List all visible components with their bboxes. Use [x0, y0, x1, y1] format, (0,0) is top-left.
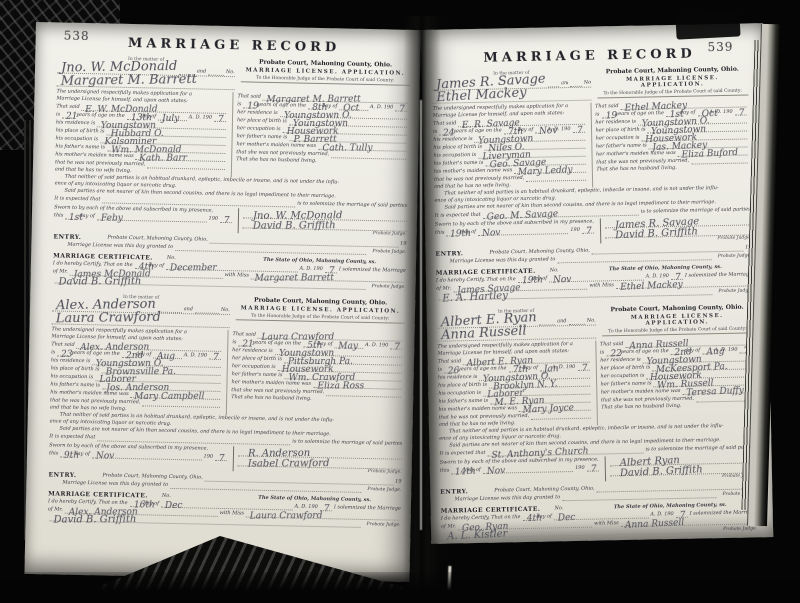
dotted-rule: E. A. Hartley [438, 289, 712, 300]
y190-label: 190 [208, 216, 218, 223]
dotted-rule [539, 319, 555, 325]
court-heading-block: Probate Court, Mahoning County, Ohio. MA… [601, 303, 753, 338]
bride-column: That saidEthel Mackey is19years of age o… [590, 99, 750, 187]
certify-tail-label: I solemnized the Marriage [685, 271, 752, 279]
bride-name-handwritten: Laura Crawford [56, 312, 161, 325]
application-heading: APPLICATION. [641, 81, 704, 88]
groom-age-handwritten: 21 [66, 114, 77, 120]
groom-father-handwritten: Wm. McDonald [111, 147, 181, 153]
couple-names-block: In the matter of Albert E. Ryan and No. … [437, 307, 596, 342]
signature-block: Jno. W. McDonald David B. Griffith Proba… [243, 208, 407, 236]
her-occupation-label: her occupation is [600, 373, 644, 381]
license-heading: MARRIAGE LICENSE. [246, 67, 339, 75]
certificate-year-handwritten: 7 [324, 506, 330, 512]
dotted-rule: Cath. Tully [318, 144, 406, 152]
dotted-rule: 7 [215, 455, 227, 461]
sworn-left: Sworn to by each of the above and subscr… [49, 442, 230, 471]
sworn-year-handwritten: 7 [586, 229, 592, 235]
his-father-label: his father's name is [434, 160, 484, 168]
y190-label: 190 [570, 227, 580, 234]
dotted-rule: Eliza Ross [313, 382, 401, 390]
solemnize-label: is to solemnize the marriage of said par… [645, 444, 755, 453]
dotted-rule: 7 [395, 106, 407, 112]
ad-label: A. D. 190 [650, 511, 673, 518]
court-heading-block: Probate Court, Mahoning County, Ohio. MA… [235, 296, 405, 332]
dotted-rule: 7 [209, 354, 221, 360]
dotted-rule [531, 413, 590, 420]
ad-label: A. D. 190 [294, 504, 317, 511]
solemnize-label: is to solemnize the marriage of said par… [297, 201, 407, 210]
page-title: MARRIAGE RECORD [128, 36, 341, 55]
ad-label: A. D. 190 [365, 342, 388, 349]
bottom-shadow [0, 572, 800, 603]
record-header: In the matter of Jno. W. McDonald and No… [57, 54, 411, 93]
ad-label: A. D. 190 [189, 114, 212, 121]
record-anderson-crawford: In the matter of Alex. Anderson and No. … [48, 292, 406, 528]
her-occupation-label: her occupation is [237, 125, 281, 133]
and-label: and [557, 318, 567, 325]
dotted-rule [557, 254, 711, 263]
that-said-label: That said [51, 341, 75, 348]
dotted-rule: Margaret M. Barrett [263, 95, 408, 104]
groom-column: The undersigned respectfully makes appli… [437, 341, 596, 429]
groom-year-handwritten: 7 [213, 355, 219, 361]
entry-heading: ENTRY. [48, 471, 76, 479]
her-occupation-label: her occupation is [596, 135, 640, 143]
bride-column: That saidMargaret M. Barrett is19years o… [231, 92, 410, 181]
certificate-month-handwritten: Nov [553, 277, 572, 284]
with-miss-label: with Miss [219, 510, 244, 518]
that-said-label: That said [232, 331, 256, 338]
her-birthplace-label: her place of birth is [595, 127, 645, 135]
her-father-label: her father's name is [601, 380, 652, 388]
expected-label: It is expected that [49, 433, 95, 441]
dotted-rule: A. L. Kistler [443, 527, 717, 538]
dotted-rule: Nov [478, 228, 568, 236]
dotted-rule: P. Barrett [289, 135, 406, 143]
dotted-rule [175, 245, 366, 255]
couple-names-block: In the matter of Alex. Anderson and No. … [52, 292, 230, 328]
this-label: this [440, 468, 450, 475]
that-said-label: That said [600, 341, 624, 348]
dotted-rule: 19th [446, 230, 458, 236]
sworn-day-handwritten: 1st [69, 215, 83, 221]
judge-signature-line: David B. Griffith [243, 218, 407, 231]
sworn-month-handwritten: Nov [487, 468, 506, 475]
groom-birthmonth-handwritten: Nov [539, 128, 558, 135]
ad-label: A. D. 190 [370, 104, 393, 111]
is-label: is [56, 111, 60, 118]
couple-names-block: In the matter of James R. Savage and No.… [432, 69, 591, 104]
dotted-rule: 7 [220, 217, 232, 223]
certificate-signature-handwritten: David B. Griffith [59, 279, 142, 286]
bride-name-handwritten: Ethel Mackey [436, 87, 527, 104]
entry-heading: ENTRY. [440, 488, 468, 496]
sworn-left: Sworn to by each of the above and subscr… [435, 219, 596, 247]
dotted-rule [562, 492, 716, 501]
entry-heading: ENTRY. [53, 233, 81, 241]
her-birthplace-label: her place of birth is [237, 117, 287, 125]
certificate-bride-handwritten: Laura Crawford [250, 513, 323, 520]
is-label: is [600, 349, 604, 356]
dotted-rule: 4th [522, 515, 534, 521]
license-heading: MARRIAGE LICENSE. [241, 305, 334, 313]
dotted-rule: 1st [666, 111, 678, 117]
groom-year-handwritten: 7 [576, 128, 582, 134]
entry-granted-label: Marriage License was this day granted to [67, 242, 173, 251]
bride-age-handwritten: 19 [605, 113, 617, 120]
sworn-month-handwritten: Nov [96, 453, 114, 459]
his-occupation-label: his occupation is [438, 390, 481, 398]
marriage-record: In the matter of James R. Savage and No.… [432, 65, 753, 300]
of-mr-label: of Mr. [53, 268, 68, 275]
dotted-rule: 2nd [671, 349, 683, 355]
bride-age-handwritten: 21 [242, 341, 253, 347]
dotted-rule: Eliza Buford [678, 149, 748, 156]
bride-year-handwritten: 7 [394, 345, 400, 351]
dotted-rule: July [158, 115, 187, 122]
bride-name-line: Anna Russell [437, 326, 596, 342]
dotted-rule: 21 [62, 113, 74, 119]
that-said-label: That said [595, 103, 619, 110]
groom-age-handwritten: 26 [448, 368, 460, 375]
is-label: is [232, 339, 236, 346]
certificate-signature-handwritten: David B. Griffith [54, 517, 137, 524]
dotted-rule: 1st [65, 214, 77, 220]
certificate-section: MARRIAGE CERTIFICATE.No.The State of Ohi… [436, 262, 753, 300]
probate-judge-label: Probate Judge. [718, 252, 752, 260]
that-said-label: That said [56, 103, 80, 110]
certificate-month-handwritten: Dec [165, 503, 183, 509]
sworn-day-handwritten: 19th [450, 231, 471, 238]
y19-label: 19 [400, 241, 407, 248]
probate-judge-label: Probate Judge. [372, 283, 406, 291]
her-father-label: her father's name is [596, 142, 647, 150]
judge-note-label: To the Honorable Judge of the Probate Co… [241, 75, 410, 86]
sworn-left: Sworn to by each of the above and subscr… [54, 204, 235, 233]
dotted-rule: 7 [587, 466, 599, 472]
certify-tail-label: I solemnized the Marriage [334, 504, 401, 512]
dotted-rule: Teresa Duffy [682, 387, 752, 394]
dotted-rule [570, 81, 581, 87]
application-columns: The undersigned respectfully makes appli… [55, 88, 410, 180]
dotted-rule: Nov [92, 452, 202, 460]
dotted-rule: 19 [601, 112, 613, 118]
bride-name-line: Ethel Mackey [432, 88, 591, 104]
spine-highlight [420, 100, 422, 530]
bride-year-handwritten: 7 [739, 110, 745, 116]
entry-granted-label: Marriage License was this day granted to [450, 256, 556, 265]
court-heading-block: Probate Court, Mahoning County, Ohio. MA… [597, 65, 749, 100]
and-label: and [184, 306, 194, 313]
dotted-rule: Laura Crawford [258, 333, 403, 342]
her-birthplace-label: her place of birth is [600, 364, 650, 372]
ad-label: A. D. 190 [299, 266, 322, 273]
record-header: In the matter of James R. Savage and No.… [432, 65, 749, 103]
dotted-rule: 7 [676, 512, 688, 518]
entry-heading: ENTRY. [435, 250, 463, 258]
entry-granted-label: Marriage License was this day granted to [454, 494, 560, 503]
application-heading: APPLICATION. [342, 69, 405, 76]
judge-signature-handwritten: David B. Griffith [253, 223, 336, 230]
with-miss-label: with Miss [224, 272, 249, 280]
bride-name-line: Laura Crawford [52, 311, 230, 328]
signature-block: R. Anderson Isabel Crawford Probate Judg… [238, 446, 402, 474]
groom-mother-handwritten: Mary Campbell [135, 394, 205, 400]
sworn-section: Sworn to by each of the above and subscr… [49, 442, 402, 474]
judge-signature-handwritten: Isabel Crawford [248, 461, 330, 468]
license-application-heading: MARRIAGE LICENSE. APPLICATION. [597, 74, 748, 89]
right-page-header: 539 MARRIAGE RECORD [431, 41, 747, 66]
no-label: No. [587, 318, 596, 325]
dotted-rule: 22 [606, 350, 618, 356]
dotted-rule: Mary Campbell [131, 392, 221, 400]
right-page: 539 MARRIAGE RECORD In the matter of Jam… [421, 23, 773, 544]
certificate-section: MARRIAGE CERTIFICATE.No.The State of Ohi… [53, 251, 407, 290]
dotted-rule: Feby [97, 214, 207, 222]
bride-year-handwritten: 7 [399, 107, 405, 113]
certificate-day-handwritten: 19th [522, 277, 543, 284]
her-father-label: her father's name is [232, 371, 283, 379]
dotted-rule [158, 307, 182, 313]
dotted-rule: 8th [308, 104, 320, 110]
is-label: is [237, 101, 241, 108]
this-label: this [54, 212, 64, 219]
groom-applicant-handwritten: Alex. Anderson [81, 344, 150, 350]
no-label: No. [554, 505, 563, 512]
record-header: In the matter of Alex. Anderson and No. … [52, 292, 406, 331]
groom-column: The undersigned respectfully makes appli… [433, 103, 592, 191]
is-label: is [595, 111, 599, 118]
his-birthplace-label: his place of birth is [438, 382, 487, 390]
groom-occupation-handwritten: Kalsominer [104, 139, 156, 145]
groom-birthmonth-handwritten: July [162, 116, 179, 122]
groom-applicant-handwritten: E. W. McDonald [86, 107, 158, 114]
sworn-month-handwritten: Feby [101, 216, 123, 222]
his-father-label: his father's name is [55, 143, 105, 151]
court-heading-block: Probate Court, Mahoning County, Ohio. MA… [240, 58, 410, 94]
dotted-rule [208, 70, 224, 76]
bracket-rule [604, 456, 606, 481]
application-columns: The undersigned respectfully makes appli… [50, 326, 405, 418]
no-label: No. [550, 267, 559, 274]
marriage-record: In the matter of Alex. Anderson and No. … [48, 292, 406, 528]
dotted-rule: 2nd [122, 352, 134, 358]
bracket-rule [600, 218, 602, 243]
sworn-section: Sworn to by each of the above and subscr… [54, 204, 407, 236]
marriage-record: In the matter of Jno. W. McDonald and No… [53, 54, 411, 290]
and-label: and [561, 80, 569, 87]
bride-name-line: Margaret M. Barrett [57, 73, 235, 90]
dotted-rule: 21 [238, 340, 250, 346]
dotted-rule [195, 307, 219, 313]
probate-judge-label: Probate Judge. [367, 486, 401, 494]
dotted-rule: May [334, 342, 363, 349]
groom-age-handwritten: 24 [443, 130, 455, 137]
certificate-bride-handwritten: Margaret Barrett [255, 275, 334, 282]
dotted-rule: 24 [439, 129, 451, 135]
application-heading: APPLICATION. [646, 319, 709, 326]
sworn-section: Sworn to by each of the above and subscr… [440, 453, 756, 484]
dotted-rule: Kath. Barr [136, 154, 226, 162]
dotted-rule: 26 [444, 367, 456, 373]
that-said-label: That said [433, 120, 457, 127]
dotted-rule [170, 483, 361, 493]
probate-judge-label: Probate Judge. [723, 525, 757, 533]
bracket-rule [238, 208, 240, 233]
bride-age-handwritten: 22 [610, 351, 622, 358]
groom-year-handwritten: 7 [218, 117, 224, 123]
signature-block: James R. Savage David B. Griffith Probat… [605, 215, 752, 243]
record-ryan-russell: In the matter of Albert E. Ryan and No. … [437, 303, 758, 538]
application-columns: The undersigned respectfully makes appli… [433, 99, 751, 190]
couple-names-block: In the matter of Jno. W. McDonald and No… [57, 54, 235, 90]
solemnize-label: is to solemnize the marriage of said par… [641, 206, 751, 215]
application-columns: The undersigned respectfully makes appli… [437, 337, 755, 428]
license-application-heading: MARRIAGE LICENSE. APPLICATION. [602, 312, 753, 327]
dotted-rule: 14th [451, 468, 463, 474]
bride-name-handwritten: Margaret M. Barrett [61, 74, 197, 88]
with-miss-label: with Miss [594, 520, 619, 527]
sworn-year-handwritten: 7 [591, 466, 597, 472]
bride-column: That saidLaura Crawford is21years of age… [226, 330, 405, 419]
his-occupation-label: his occupation is [50, 373, 93, 381]
with-miss-label: with Miss [589, 282, 614, 289]
dotted-rule [568, 319, 584, 325]
dotted-rule: 9th [60, 452, 72, 458]
certificate-section: MARRIAGE CERTIFICATE.No.The State of Ohi… [441, 500, 758, 538]
his-birthplace-label: his place of birth is [51, 365, 100, 373]
that-said-label: That said [438, 358, 462, 365]
dotted-rule: 7 [572, 127, 584, 133]
no-label: No. [226, 69, 235, 76]
expected-label: It is expected that [54, 195, 100, 203]
of-mr-label: of Mr. [436, 285, 451, 292]
dotted-rule: Aug [702, 348, 712, 354]
dotted-rule: 19 [243, 102, 255, 108]
dotted-rule: 13th [127, 114, 139, 120]
dotted-rule: 7 [735, 109, 747, 115]
no-label: No. [584, 80, 591, 87]
groom-column: The undersigned respectfully makes appli… [50, 326, 228, 415]
sworn-section: Sworn to by each of the above and subscr… [435, 215, 751, 246]
dark-blotch [675, 12, 740, 39]
judge-signature-handwritten: David B. Griffith [620, 467, 703, 477]
dotted-rule: 7 [577, 365, 589, 371]
record-mcdonald-barrett: In the matter of Jno. W. McDonald and No… [53, 54, 411, 290]
sworn-left: Sworn to by each of the above and subscr… [440, 456, 601, 484]
y190-label: 190 [203, 454, 213, 461]
his-birthplace-label: his place of birth is [433, 144, 482, 152]
solemnize-label: is to solemnize the marriage of said par… [292, 438, 402, 447]
dotted-rule: 7th [504, 128, 516, 134]
his-father-label: his father's name is [438, 398, 488, 406]
bride-name-handwritten: Anna Russell [441, 325, 527, 342]
bride-birthmonth-handwritten: May [338, 344, 358, 350]
is-label: is [438, 367, 442, 374]
y190-label: 190 [575, 465, 585, 472]
marriage-record: In the matter of Albert E. Ryan and No. … [437, 303, 758, 538]
expected-label: It is expected that [435, 212, 481, 220]
is-label: is [433, 129, 437, 136]
judge-signature-line: Isabel Crawford [238, 456, 402, 469]
groom-column: The undersigned respectfully makes appli… [55, 88, 233, 177]
groom-occupation-handwritten: Laborer [99, 377, 135, 383]
dotted-rule: 7 [390, 343, 402, 349]
his-birthplace-label: his place of birth is [56, 127, 105, 135]
probate-judge-label: Probate Judge. [372, 248, 406, 256]
bride-column: That saidAnna Russell is22years of age o… [595, 337, 755, 425]
ad-label: A. D. 190 [646, 273, 669, 280]
groom-age-handwritten: 23 [61, 352, 72, 358]
dotted-rule: Alex. Anderson [77, 343, 222, 352]
bride-mother-handwritten: Eliza Ross [317, 383, 364, 389]
bride-birthmonth-handwritten: Aug [706, 349, 724, 356]
certify-tail-label: I solemnized the Marriage [339, 266, 406, 274]
sworn-month-handwritten: Nov [482, 230, 501, 237]
of-mr-label: of Mr. [441, 523, 456, 530]
sworn-day-handwritten: 14th [455, 469, 476, 476]
is-label: is [51, 349, 55, 356]
dotted-rule [548, 81, 559, 87]
page-number-right: 539 [707, 40, 733, 55]
her-father-label: her father's name is [237, 133, 288, 141]
dotted-rule: E. W. McDonald [82, 105, 227, 114]
application-heading: APPLICATION. [337, 307, 400, 314]
bride-father-handwritten: Wm. Crawford [288, 375, 355, 381]
groom-year-handwritten: 7 [581, 366, 587, 372]
his-occupation-label: his occupation is [55, 135, 98, 143]
ad-label: A. D. 190 [184, 352, 207, 359]
entry-granted-label: Marriage License was this day granted to [62, 480, 168, 489]
certificate-section: MARRIAGE CERTIFICATE.No.The State of Ohi… [48, 489, 402, 528]
her-birthplace-label: her place of birth is [232, 355, 282, 363]
dotted-rule: 7 [214, 116, 226, 122]
certificate-day-handwritten: 4th [526, 515, 541, 522]
sworn-year-handwritten: 7 [219, 456, 225, 462]
certificate-month-handwritten: December [170, 265, 217, 271]
page-number-left: 538 [64, 29, 90, 44]
his-father-label: his father's name is [50, 381, 100, 389]
judge-note-label: To the Honorable Judge of the Probate Co… [602, 326, 753, 336]
certificate-month-handwritten: Dec [558, 515, 576, 522]
dotted-rule: Nov [483, 466, 573, 474]
her-occupation-label: her occupation is [232, 363, 276, 371]
page-title: MARRIAGE RECORD [483, 46, 696, 65]
certificate-signature-handwritten: E. A. Hartley [442, 293, 508, 302]
record-savage-mackey: In the matter of James R. Savage and No.… [432, 65, 753, 300]
left-page: 538 MARRIAGE RECORD In the matter of Jno… [24, 22, 420, 582]
bracket-rule [233, 446, 235, 471]
certificate-signature-handwritten: A. L. Kistler [447, 532, 508, 541]
dotted-rule: Nov [535, 128, 545, 134]
this-label: this [435, 230, 445, 237]
bride-name-field-handwritten: Laura Crawford [262, 334, 335, 341]
this-label: this [49, 450, 59, 457]
signature-block: Albert Ryan David B. Griffith Probate Ju… [609, 453, 756, 481]
expected-label: It is expected that [439, 450, 485, 458]
dotted-rule [526, 175, 585, 182]
sworn-year-handwritten: 7 [224, 218, 230, 224]
bride-father-handwritten: P. Barrett [293, 137, 336, 143]
of-mr-label: of Mr. [48, 506, 63, 513]
dotted-rule: 7 [582, 228, 594, 234]
bride-mother-handwritten: Cath. Tully [322, 145, 372, 151]
dotted-rule [691, 157, 748, 164]
dotted-rule: 23 [57, 351, 69, 357]
probate-judge-label: Probate Judge. [367, 521, 401, 529]
groom-father-handwritten: Jos. Anderson [106, 385, 169, 391]
